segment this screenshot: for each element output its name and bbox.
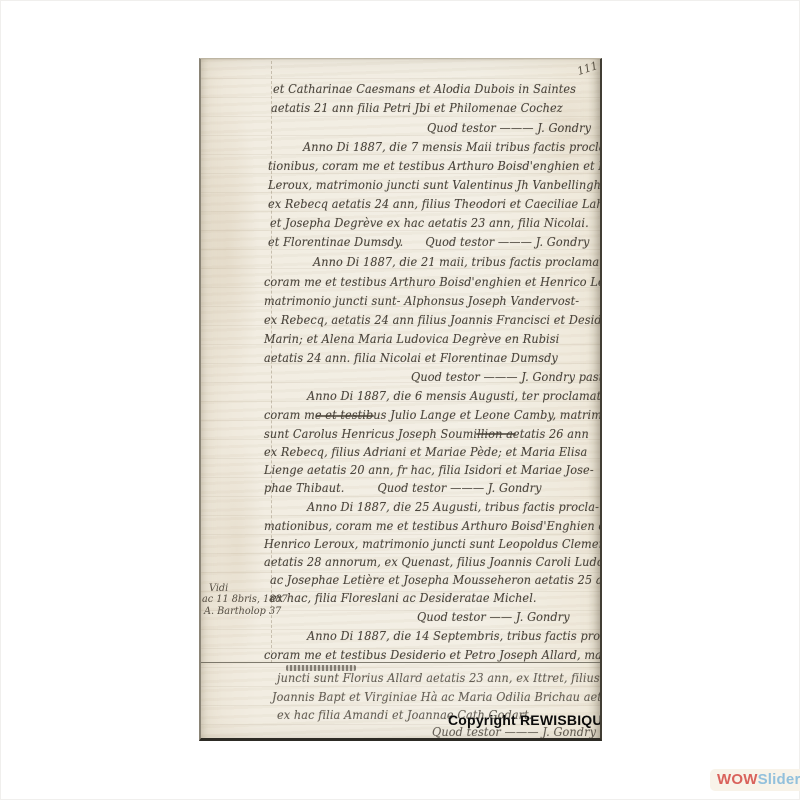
manuscript-line: Joannis Bapt et Virginiae Hà ac Maria Od… <box>272 690 602 704</box>
manuscript-line: et Josepha Degrève ex hac aetatis 23 ann… <box>270 216 589 230</box>
document-scan: 111 et Catharinae Caesmans et Alodia Dub… <box>199 58 602 741</box>
wowslider-slider-text: Slider <box>758 771 800 788</box>
margin-note-line: ac 11 8bris, 1887 <box>202 594 288 605</box>
manuscript-line: aetatis 24 ann. filia Nicolai et Florent… <box>264 351 558 365</box>
manuscript-line: et Florentinae Dumsdy. Quod testor ——— J… <box>268 235 589 249</box>
manuscript-line: ex Rebecq, filius Adriani et Mariae Pède… <box>264 445 587 459</box>
manuscript-line: aetatis 21 ann filia Petri Jbi et Philom… <box>271 101 563 115</box>
manuscript-line: sunt Carolus Henricus Joseph Soumillion … <box>264 427 589 441</box>
paper-stain <box>207 439 267 659</box>
manuscript-line: tionibus, coram me et testibus Arthuro B… <box>268 159 602 173</box>
scribbled-out-text <box>286 665 356 671</box>
wowslider-watermark-link[interactable]: WOWSlider <box>710 769 800 791</box>
manuscript-line: Quod testor —— J. Gondry <box>417 610 570 624</box>
manuscript-line: Anno Di 1887, die 6 mensis Augusti, ter … <box>307 389 602 403</box>
manuscript-line: phae Thibaut. Quod testor ——— J. Gondry <box>264 481 542 495</box>
manuscript-line: Quod testor ——— J. Gondry <box>427 121 591 135</box>
manuscript-line: mationibus, coram me et testibus Arthuro… <box>264 519 602 533</box>
manuscript-line: Lienge aetatis 20 ann, fr hac, filia Isi… <box>264 463 594 477</box>
manuscript-line: juncti sunt Florius Allard aetatis 23 an… <box>277 671 600 685</box>
manuscript-line: ex Rebecq, aetatis 24 ann filius Joannis… <box>264 313 602 327</box>
manuscript-line: ac Josephae Letière et Josepha Mousseher… <box>270 573 602 587</box>
entry-separator-line <box>199 662 602 663</box>
strikethrough-mark <box>316 415 374 417</box>
strikethrough-mark <box>476 433 516 435</box>
margin-note-line: A. Bartholop 37 <box>204 606 281 617</box>
manuscript-line: et Catharinae Caesmans et Alodia Dubois … <box>273 82 576 96</box>
slider-stage: 111 et Catharinae Caesmans et Alodia Dub… <box>0 0 800 800</box>
manuscript-line: ex Rebecq aetatis 24 ann, filius Theodor… <box>268 197 602 211</box>
manuscript-line: Anno Di 1887, die 7 mensis Maii tribus f… <box>303 140 602 154</box>
manuscript-line: coram me et testibus Arthuro Boisd'enghi… <box>264 275 602 289</box>
margin-note-line: Vidi <box>209 583 228 594</box>
page-number: 111 <box>576 59 600 78</box>
manuscript-line: coram me et testibus Julio Lange et Leon… <box>264 408 602 422</box>
manuscript-line: Henrico Leroux, matrimonio juncti sunt L… <box>264 537 602 551</box>
copyright-watermark: Copyright REWISBIQUE <box>448 712 602 728</box>
manuscript-line: Anno Di 1887, die 21 maii, tribus factis… <box>313 255 602 269</box>
paper-stain <box>199 99 261 399</box>
manuscript-line: Anno Di 1887, die 25 Augusti, tribus fac… <box>307 500 599 514</box>
manuscript-line: Anno Di 1887, die 14 Septembris, tribus … <box>307 629 602 643</box>
manuscript-line: matrimonio juncti sunt- Alphonsus Joseph… <box>264 294 579 308</box>
manuscript-line: coram me et testibus Desiderio et Petro … <box>264 648 602 662</box>
wowslider-wow-text: WOW <box>717 771 758 788</box>
manuscript-line: Marin; et Alena Maria Ludovica Degrève e… <box>264 332 559 346</box>
manuscript-line: aetatis 28 annorum, ex Quenast, filius J… <box>264 555 602 569</box>
manuscript-line: Leroux, matrimonio juncti sunt Valentinu… <box>268 178 602 192</box>
manuscript-line: Quod testor ——— J. Gondry past — <box>411 370 602 384</box>
manuscript-line: ex hac, filia Floreslani ac Desideratae … <box>270 591 537 605</box>
